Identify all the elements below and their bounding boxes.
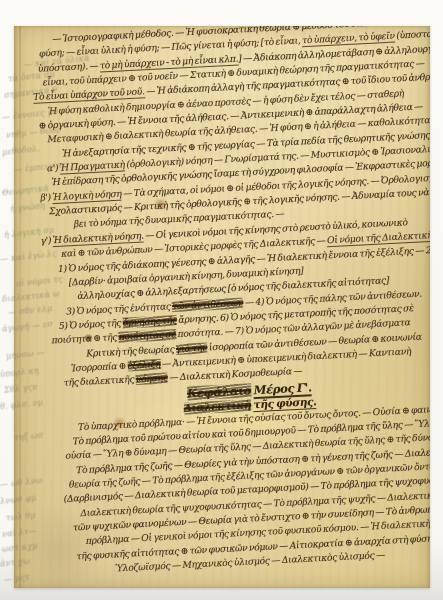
handwritten-text: γ') [40,235,53,247]
handwritten-text: Ἰσορροπία ⊕ [71,360,128,374]
line-stack: — Ἱστοριογραφικὴ μέθοδος. — Ἡ φυσιοκρατι… [30,26,430,580]
struck-out-word: ἐξέλιξη [127,359,160,372]
handwritten-text: 5) Ὁ νόμος τῆς [59,318,123,332]
struck-out-word: νόησης [136,373,168,386]
handwritten-text: ποιότητα ⊕ τῆς [51,332,119,346]
struck-out-word: ἄρνησης τῆς [122,315,176,329]
handwritten-text: (ὑποστασία [394,28,430,42]
struck-out-word: γιὰ τὴν [176,342,208,355]
struck-out-word: ποιότητας σὲ [118,329,176,343]
struck-out-word: Κεφάλαιο [187,383,252,400]
photo-of-manuscript: — Ἱστοριογραφικὴ μέθοδος. — Ἡ φυσιοκρατι… [0,0,443,600]
manuscript-paper: — Ἱστοριογραφικὴ μέθοδος. — Ἡ φυσιοκρατι… [14,26,430,588]
struck-out-word: τῶν ἀντιθέσεων [172,297,244,312]
handwritten-text: τῆς διαλεκτικῆς [63,374,136,389]
